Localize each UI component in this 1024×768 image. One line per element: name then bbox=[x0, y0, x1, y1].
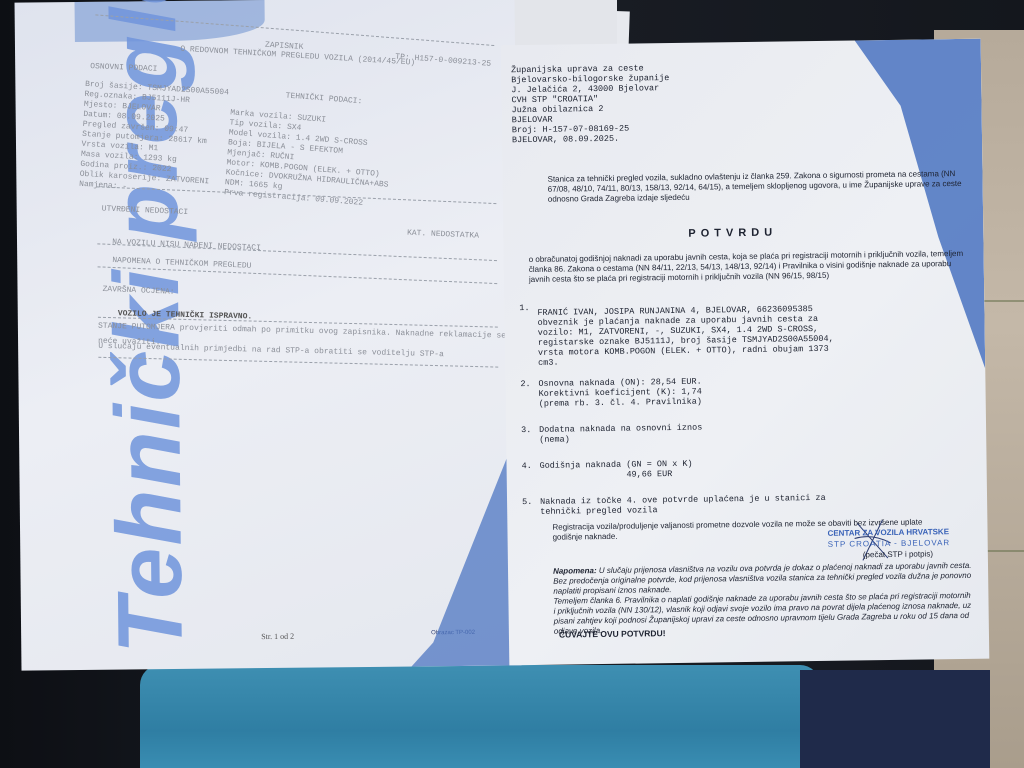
defect-category-label: KAT. NEDOSTATKA bbox=[407, 229, 479, 241]
fee-confirmation-page: Županijska uprava za ceste Bjelovarsko-b… bbox=[501, 39, 990, 666]
closing-text: ČUVAJTE OVU POTVRDU! bbox=[559, 628, 666, 639]
item-number: 3. bbox=[521, 425, 531, 435]
inspection-record-page: Tehnički pregled ZAPISNIK O REDOVNOM TEH… bbox=[15, 0, 522, 671]
shirt bbox=[140, 665, 820, 768]
item-text: FRANIĆ IVAN, JOSIPA RUNJANINA 4, BJELOVA… bbox=[537, 304, 834, 368]
address-block: Županijska uprava za ceste Bjelovarsko-b… bbox=[511, 63, 670, 145]
item-number: 5. bbox=[522, 497, 532, 507]
pants bbox=[800, 670, 990, 768]
subject-text: o obračunatoj godišnjoj naknadi za upora… bbox=[529, 249, 974, 285]
document-title: POTVRDU bbox=[688, 227, 777, 240]
napomena: Napomena: U slučaju prijenosa vlasništva… bbox=[553, 561, 974, 637]
page-number: Str. 1 od 2 bbox=[261, 632, 294, 641]
item-text: Dodatna naknada na osnovni iznos (nema) bbox=[539, 423, 702, 445]
item-number: 4. bbox=[522, 461, 532, 471]
item-number: 2. bbox=[520, 379, 530, 389]
tech-section-label: TEHNIČKI PODACI: bbox=[285, 91, 362, 106]
item-text: Naknada iz točke 4. ove potvrde uplaćena… bbox=[540, 493, 826, 517]
item-text: Osnovna naknada (ON): 28,54 EUR. Korekti… bbox=[538, 377, 702, 409]
official-stamp: CENTAR ZA VOZILA HRVATSKE STP CROATIA - … bbox=[827, 526, 950, 561]
intro-text: Stanica za tehnički pregled vozila, sukl… bbox=[548, 169, 968, 205]
item-text: Godišnja naknada (GN = ON x K) 49,66 EUR bbox=[540, 459, 693, 481]
item-number: 1. bbox=[519, 303, 529, 313]
basic-fields: Broj šasije: TSMJYAD2S00A55004Reg.oznaka… bbox=[79, 80, 229, 198]
